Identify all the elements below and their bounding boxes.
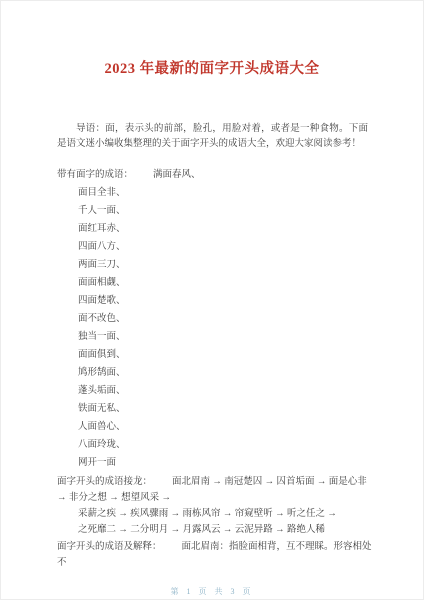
idiom-item: 网开一面 — [78, 454, 368, 472]
idiom-item: 人面兽心、 — [78, 418, 368, 436]
idiom-item: 八面玲珑、 — [78, 436, 368, 454]
idiom-item: 面红耳赤、 — [78, 220, 368, 238]
idiom-item: 鸠形鹄面、 — [78, 364, 368, 382]
idiom-item: 两面三刀、 — [78, 256, 368, 274]
idiom-item: 独当一面、 — [78, 328, 368, 346]
idiom-item: 千人一面、 — [78, 202, 368, 220]
idiom-item: 四面八方、 — [78, 238, 368, 256]
idiom-chain-line-2: → 非分之想 → 想望风采 → — [57, 490, 381, 506]
idiom-list-label: 带有面字的成语： — [57, 170, 133, 180]
idiom-item: 铁面无私、 — [78, 400, 368, 418]
idiom-explain-section: 面字开头的成语及解释：面北眉南：指脸面相背，互不理睬。形容相处不 — [57, 539, 381, 571]
document-page: 2023 年最新的面字开头成语大全 导语：面，表示头的前部，脸孔，用脸对着，或者… — [0, 0, 424, 600]
idiom-chain-text-1: 面北眉南 → 南冠楚囚 → 囚首垢面 → 面是心非 — [172, 477, 367, 487]
idiom-item: 面不改色、 — [78, 310, 368, 328]
page-number-footer: 第 1 页 共 3 页 — [1, 586, 423, 597]
idiom-chain-label: 面字开头的成语接龙： — [57, 477, 152, 487]
idiom-chain-section: 面字开头的成语接龙：面北眉南 → 南冠楚囚 → 囚首垢面 → 面是心非 → 非分… — [57, 474, 381, 538]
page-title: 2023 年最新的面字开头成语大全 — [1, 1, 423, 78]
idiom-explain-label: 面字开头的成语及解释： — [57, 542, 162, 552]
idiom-list-first-item: 满面春风、 — [153, 170, 201, 180]
idiom-list-section: 带有面字的成语：满面春风、 面目全非、千人一面、面红耳赤、四面八方、两面三刀、面… — [57, 166, 368, 472]
idiom-item: 四面楚歌、 — [78, 292, 368, 310]
idiom-items: 面目全非、千人一面、面红耳赤、四面八方、两面三刀、面面相觑、四面楚歌、面不改色、… — [57, 184, 368, 472]
idiom-list-heading-line: 带有面字的成语：满面春风、 — [57, 166, 368, 184]
idiom-item: 蓬头垢面、 — [78, 382, 368, 400]
idiom-chain-line-1: 面字开头的成语接龙：面北眉南 → 南冠楚囚 → 囚首垢面 → 面是心非 — [57, 474, 381, 490]
idiom-chain-line-4: 之死靡二 → 二分明月 → 月露风云 → 云泥异路 → 路绝人稀 — [78, 522, 381, 538]
idiom-item: 面面相觑、 — [78, 274, 368, 292]
idiom-chain-line-3: 采薪之疾 → 疾风骤雨 → 雨栋风帘 → 帘窥壁听 → 听之任之 → — [78, 506, 381, 522]
intro-paragraph: 导语：面，表示头的前部，脸孔，用脸对着，或者是一种食物。下面是语文迷小编收集整理… — [57, 122, 368, 152]
idiom-item: 面面俱到、 — [78, 346, 368, 364]
idiom-item: 面目全非、 — [78, 184, 368, 202]
